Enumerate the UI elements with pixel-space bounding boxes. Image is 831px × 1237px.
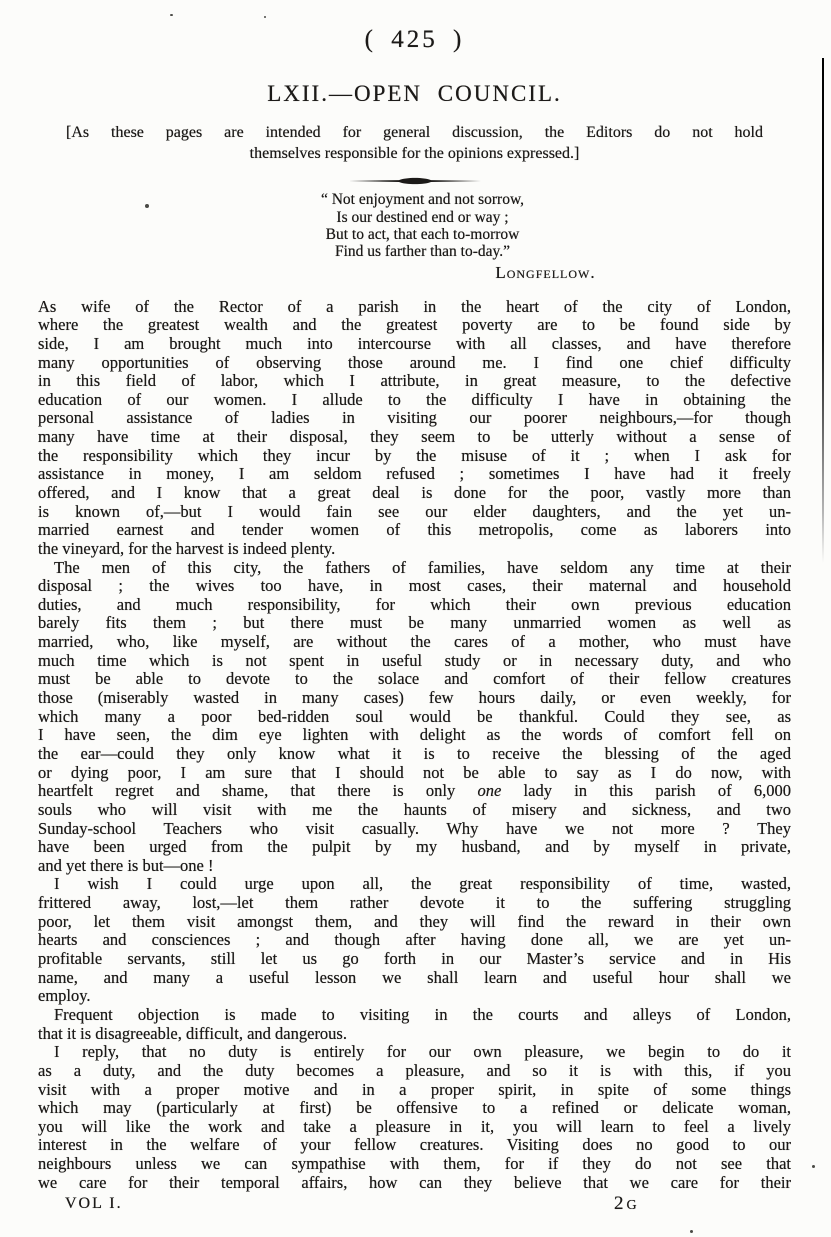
text-line: which may (particularly at first) be off…	[38, 1099, 791, 1118]
article-body: As wife of the Rector of a parish in the…	[38, 298, 791, 1193]
text-line: those (miserably wasted in many cases) f…	[38, 689, 791, 708]
text-line: barely fits them ; but there must be man…	[38, 614, 791, 633]
text-line: poor, let them visit amongst them, and t…	[38, 913, 791, 932]
text-line: education of our women. I allude to the …	[38, 391, 791, 410]
text-line: you will like the work and take a pleasu…	[38, 1118, 791, 1137]
text-line: married earnest and tender women of this…	[38, 521, 791, 540]
text-line: I wish I could urge upon all, the great …	[38, 875, 791, 894]
scan-speck	[690, 1230, 693, 1233]
text-line: many have time at their disposal, they s…	[38, 428, 791, 447]
text-line: married, who, like myself, are without t…	[38, 633, 791, 652]
text-line: in this field of labor, which I attribut…	[38, 372, 791, 391]
text-line: neighbours unless we can sympathise with…	[38, 1155, 791, 1174]
epigraph: “ Not enjoyment and not sorrow, Is our d…	[38, 191, 791, 260]
printer-signature-letter: G	[627, 1198, 638, 1213]
text-line: As wife of the Rector of a parish in the…	[38, 298, 791, 317]
text-line: The men of this city, the fathers of fam…	[38, 559, 791, 578]
epigraph-line: Is our destined end or way ;	[54, 209, 791, 226]
text-line: duties, and much responsibility, for whi…	[38, 596, 791, 615]
scan-speck	[812, 1165, 815, 1168]
editorial-note: [As these pages are intended for general…	[38, 122, 791, 164]
scanned-book-page: ( 425 ) LXII.—OPEN COUNCIL. [As these pa…	[0, 0, 831, 1237]
text-line: many opportunities of observing those ar…	[38, 354, 791, 373]
text-line: offered, and I know that a great deal is…	[38, 484, 791, 503]
epigraph-line: But to act, that each to-morrow	[54, 226, 791, 243]
page-number: ( 425 )	[38, 26, 791, 54]
paragraph: As wife of the Rector of a parish in the…	[38, 298, 791, 559]
text-line: personal assistance of ladies in visitin…	[38, 409, 791, 428]
text-line: I reply, that no duty is entirely for ou…	[38, 1043, 791, 1062]
text-line: have been urged from the pulpit by my hu…	[38, 838, 791, 857]
text-line: as a duty, and the duty becomes a pleasu…	[38, 1062, 791, 1081]
paragraph: I reply, that no duty is entirely for ou…	[38, 1043, 791, 1192]
paragraph: I wish I could urge upon all, the great …	[38, 875, 791, 1005]
text-line: assistance in money, I am seldom refused…	[38, 465, 791, 484]
text-line: that it is disagreeable, difficult, and …	[38, 1025, 791, 1044]
text-line: must be able to devote to the solace and…	[38, 670, 791, 689]
article-title: LXII.—OPEN COUNCIL.	[38, 81, 791, 107]
text-line: profitable servants, still let us go for…	[38, 950, 791, 969]
epigraph-line: “ Not enjoyment and not sorrow,	[54, 191, 791, 208]
text-line: interest in the welfare of your fellow c…	[38, 1136, 791, 1155]
volume-label: VOL I.	[65, 1195, 123, 1213]
text-line: the ear—could they only know what it is …	[38, 745, 791, 764]
text-line: employ.	[38, 987, 791, 1006]
text-line: much time which is not spent in useful s…	[38, 652, 791, 671]
text-line: which many a poor bed-ridden soul would …	[38, 708, 791, 727]
paragraph: Frequent objection is made to visiting i…	[38, 1006, 791, 1043]
editorial-note-line: [As these pages are intended for general…	[66, 122, 763, 143]
page-footer: VOL I. 2G	[38, 1193, 791, 1219]
paragraph: The men of this city, the fathers of fam…	[38, 559, 791, 876]
text-line: name, and many a useful lesson we shall …	[38, 969, 791, 988]
text-line: the vineyard, for the harvest is indeed …	[38, 540, 791, 559]
text-line: and yet there is but—one !	[38, 857, 791, 876]
text-line: disposal ; the wives too have, in most c…	[38, 577, 791, 596]
printer-signature-number: 2	[614, 1193, 624, 1214]
text-line: frittered away, lost,—let them rather de…	[38, 894, 791, 913]
text-line: side, I am brought much into intercourse…	[38, 335, 791, 354]
epigraph-line: Find us farther than to-day.”	[54, 243, 791, 260]
text-line: Frequent objection is made to visiting i…	[38, 1006, 791, 1025]
text-line: Sunday-school Teachers who visit casuall…	[38, 820, 791, 839]
text-line: I have seen, the dim eye lighten with de…	[38, 726, 791, 745]
scan-edge-line	[822, 58, 824, 563]
text-line: or dying poor, I am sure that I should n…	[38, 764, 791, 783]
epigraph-attribution: Longfellow.	[38, 263, 791, 283]
divider-ornament	[38, 173, 791, 183]
text-line: souls who will visit with me the haunts …	[38, 801, 791, 820]
text-line: we care for their temporal affairs, how …	[38, 1174, 791, 1193]
printer-signature: 2G	[614, 1193, 638, 1215]
editorial-note-line: themselves responsible for the opinions …	[66, 143, 763, 164]
text-line: heartfelt regret and shame, that there i…	[38, 782, 791, 801]
text-line: is known of,—but I would fain see our el…	[38, 503, 791, 522]
text-line: visit with a proper motive and in a prop…	[38, 1081, 791, 1100]
text-line: hearts and consciences ; and though afte…	[38, 931, 791, 950]
text-line: where the greatest wealth and the greate…	[38, 316, 791, 335]
text-line: the responsibility which they incur by t…	[38, 447, 791, 466]
